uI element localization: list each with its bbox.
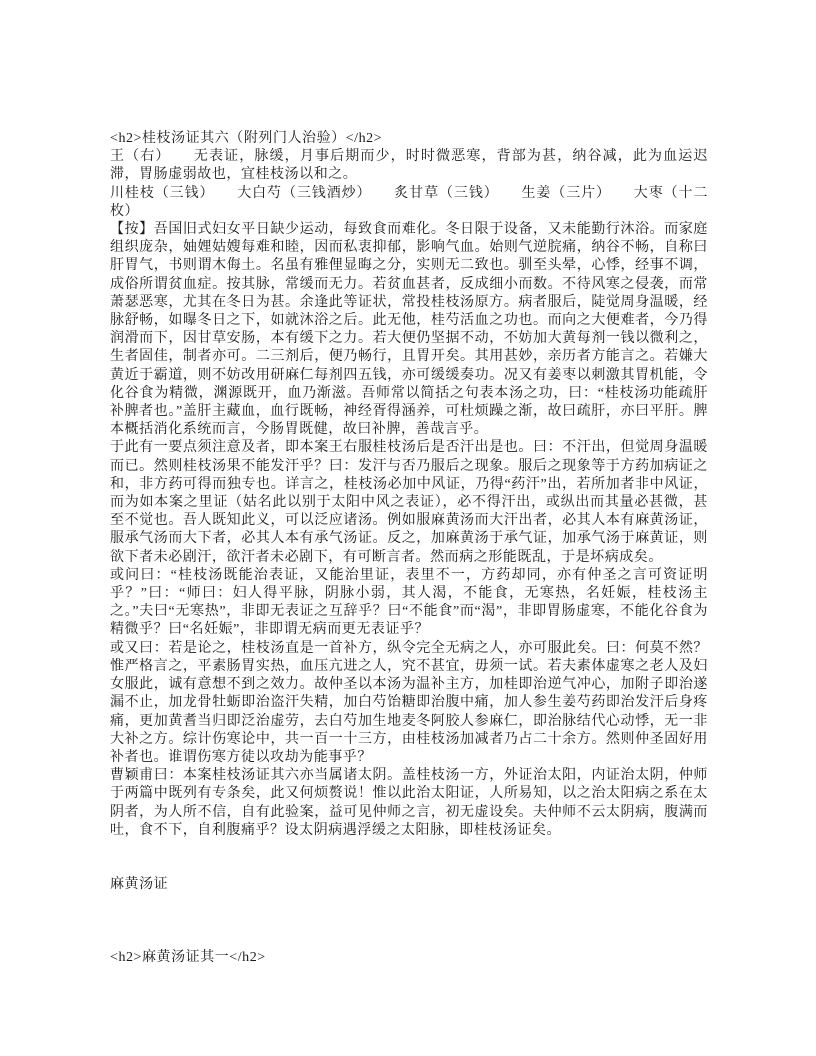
document-body: <h2>桂枝汤证其六（附列门人治验）</h2> 王（右） 无表证，脉缓，月事后期… — [110, 130, 708, 967]
paragraph: 或问曰：“桂枝汤既能治表证，又能治里证，表里不一，方药却同，亦有仲圣之言可资证明… — [110, 567, 708, 640]
section-title-mahuang: 麻黄汤证 — [110, 876, 708, 894]
h2-source-heading-mahuang-one: <h2>麻黄汤证其一</h2> — [110, 949, 708, 967]
paragraph: 于此有一要点须注意及者，即本案王右服桂枝汤后是否汗出是也。曰：不汗出，但觉周身温… — [110, 439, 708, 566]
paragraph: 王（右） 无表证，脉缓，月事后期而少，时时微恶寒，背部为甚，纳谷减，此为血运迟滞… — [110, 148, 708, 184]
document-page: <h2>桂枝汤证其六（附列门人治验）</h2> 王（右） 无表证，脉缓，月事后期… — [0, 0, 816, 1056]
paragraph: 【按】吾国旧式妇女平日缺少运动，每致食而难化。冬日限于设备，又未能勤行沐浴。而家… — [110, 221, 708, 439]
paragraph: 曹颖甫曰：本案桂枝汤证其六亦当属诸太阴。盖桂枝汤一方，外证治太阳，内证治太阴，仲… — [110, 767, 708, 840]
paragraph: 川桂枝（三钱） 大白芍（三钱酒炒） 炙甘草（三钱） 生姜（三片） 大枣（十二枚） — [110, 185, 708, 221]
paragraphs-container: 王（右） 无表证，脉缓，月事后期而少，时时微恶寒，背部为甚，纳谷减，此为血运迟滞… — [110, 148, 708, 840]
h2-source-heading-guizhi-six: <h2>桂枝汤证其六（附列门人治验）</h2> — [110, 130, 708, 148]
paragraph: 或又曰：若是论之，桂枝汤直是一首补方，纵令完全无病之人，亦可服此矣。曰：何莫不然… — [110, 640, 708, 767]
